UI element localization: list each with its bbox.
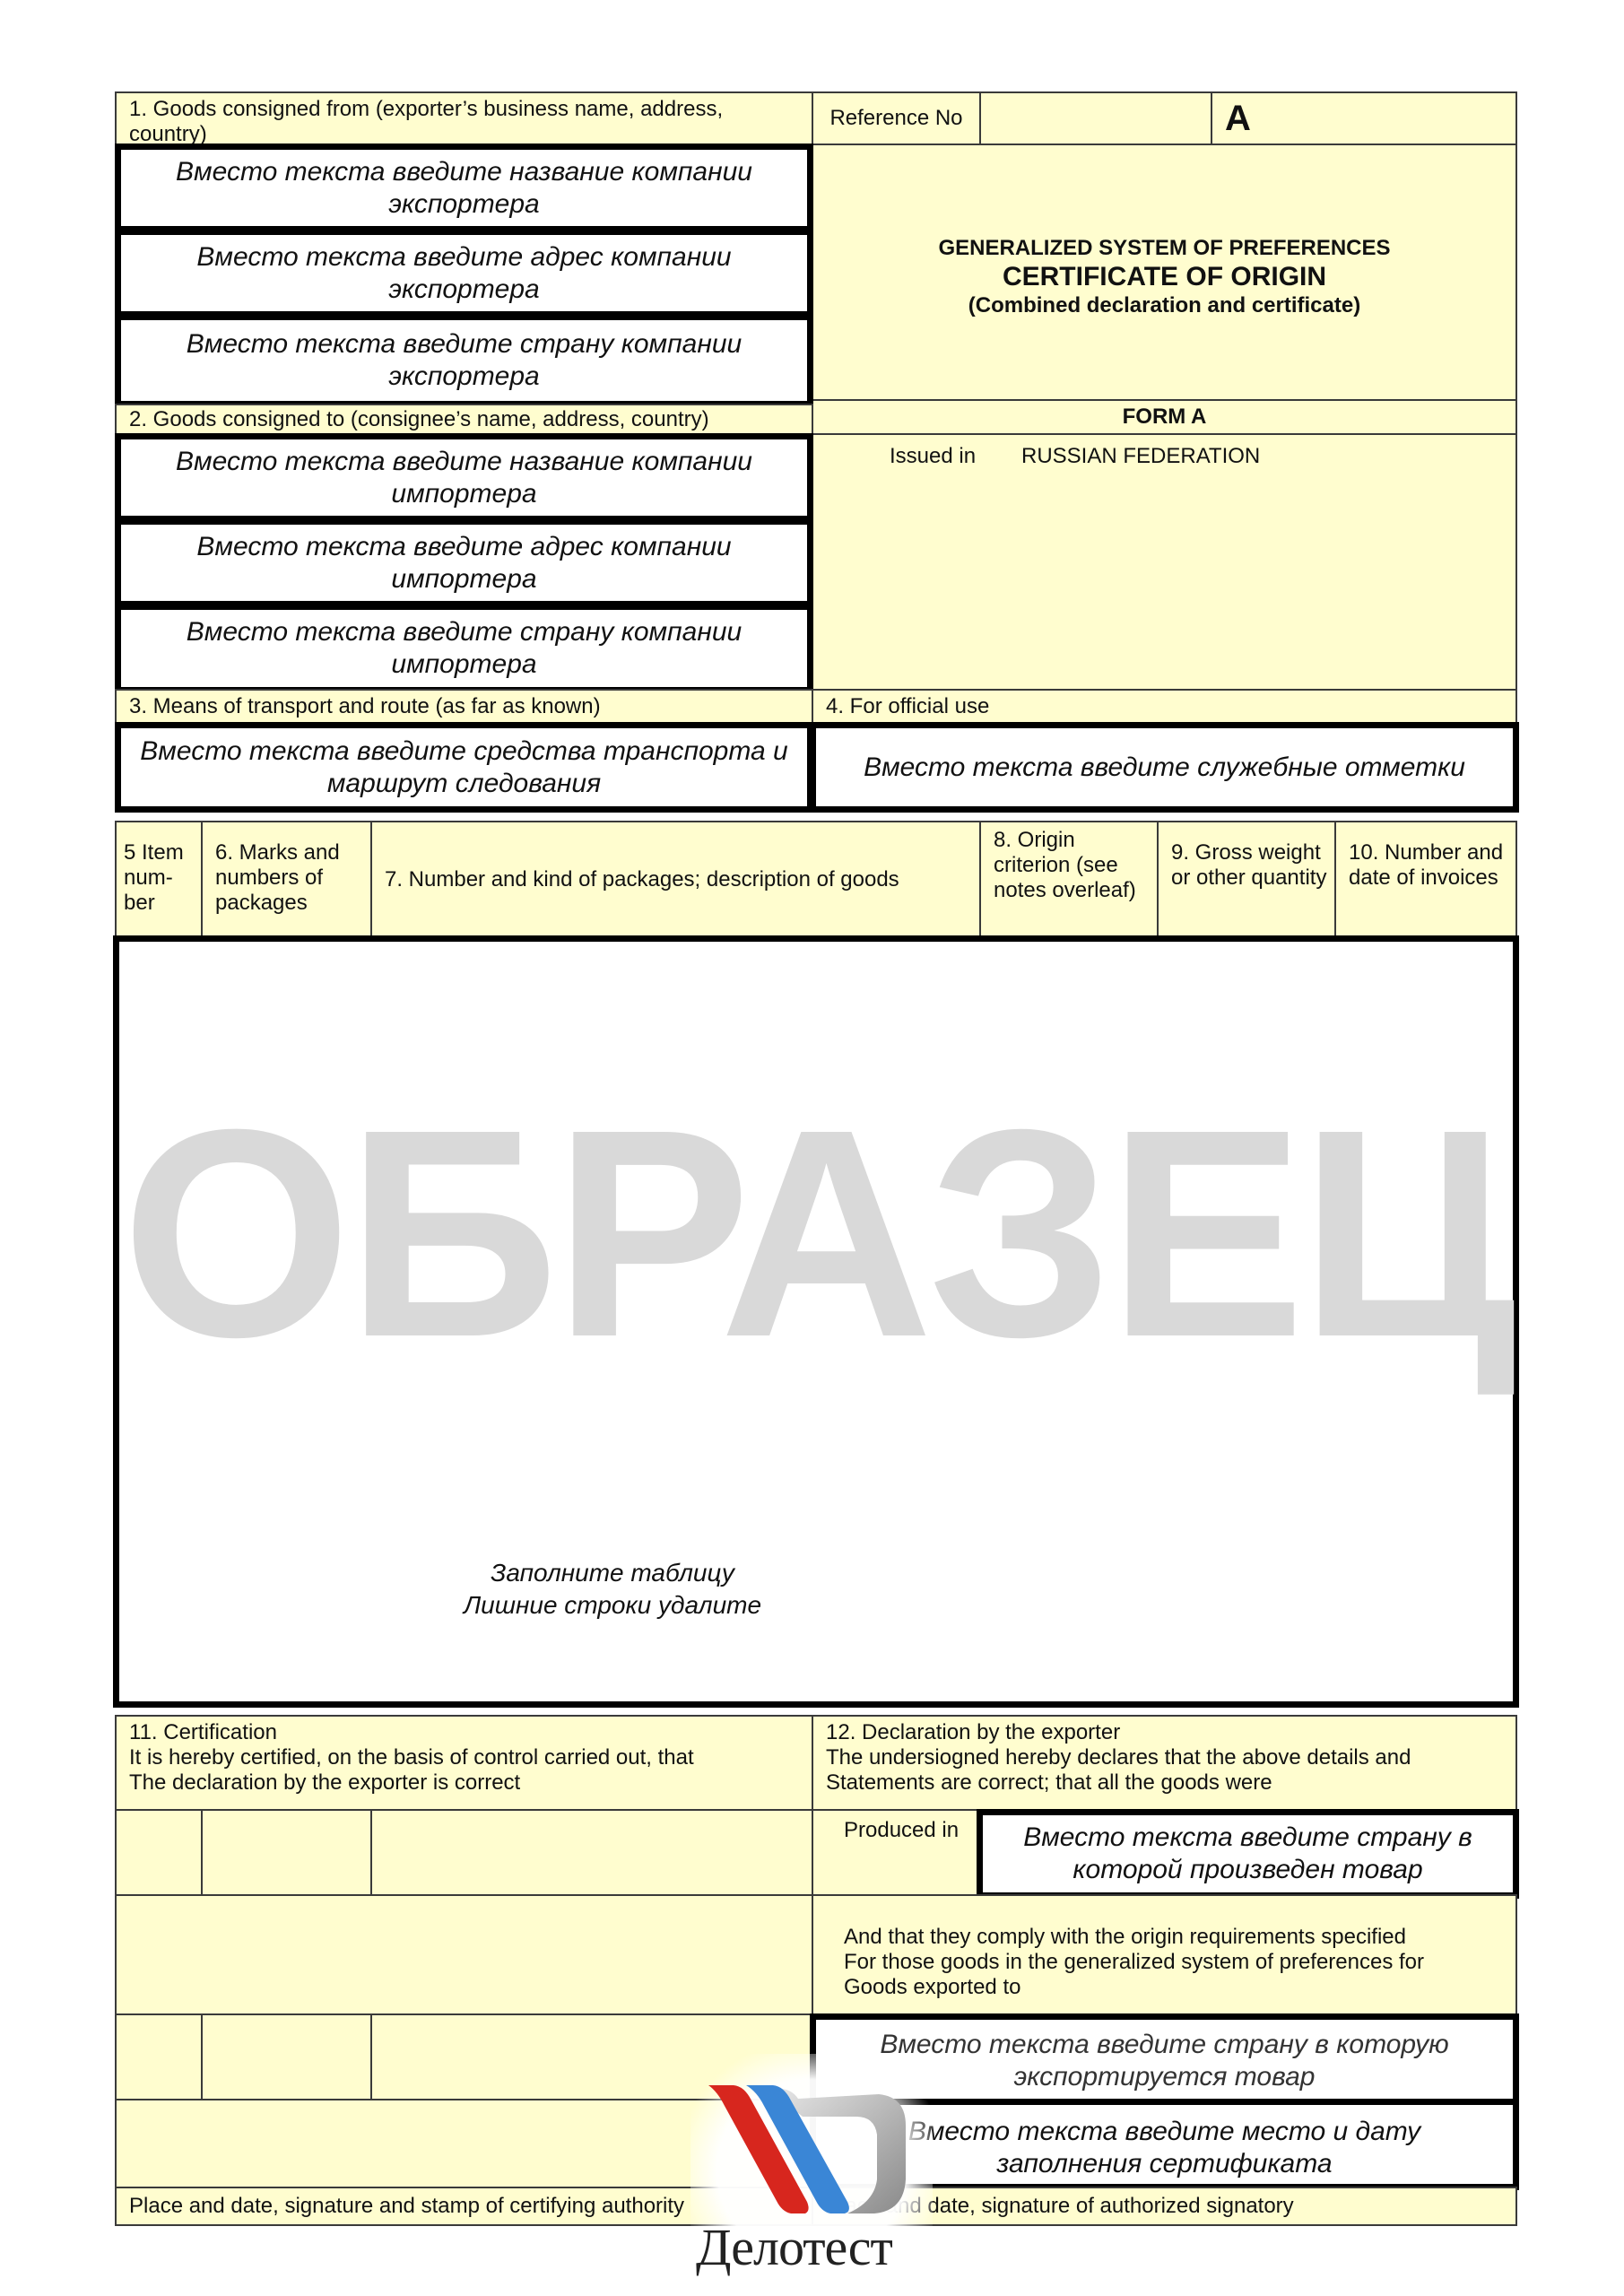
title-subtitle: (Combined declaration and certificate) [813, 292, 1515, 319]
importer-name-field[interactable]: Вместо текста введите название компании … [115, 433, 813, 522]
logo-text: Делотест [696, 2217, 892, 2277]
comply-text-1: And that they comply with the origin req… [844, 1925, 1485, 1950]
section11-text-2: The declaration by the exporter is corre… [129, 1770, 799, 1796]
comply-text-3: Goods exported to [844, 1975, 1485, 2000]
column-header-invoices: 10. Number and date of invoices [1334, 821, 1517, 939]
exporter-country-field[interactable]: Вместо текста введите страну компании эк… [115, 314, 813, 407]
section2-label: 2. Goods consigned to (consignee’s name,… [115, 404, 813, 435]
section11-grid-cell [370, 1809, 813, 1896]
section11-certification: 11. Certification It is hereby certified… [115, 1715, 813, 1811]
column-header-description: 7. Number and kind of packages; descript… [370, 821, 981, 939]
section12-declaration: 12. Declaration by the exporter The unde… [812, 1715, 1517, 1811]
importer-address-field[interactable]: Вместо текста введите адрес компании имп… [115, 518, 813, 607]
comply-text-block: And that they comply with the origin req… [812, 1894, 1517, 2015]
section11-grid-cell [201, 1809, 372, 1896]
reference-number-field[interactable] [979, 91, 1212, 145]
logo-mark-icon [690, 2054, 933, 2224]
table-hint: Заполните таблицу Лишние строки удалите [299, 1557, 926, 1622]
company-logo: Делотест [690, 2054, 933, 2287]
form-letter: A [1211, 91, 1517, 145]
issued-in-block: Issued in RUSSIAN FEDERATION [812, 433, 1517, 691]
section12-text-2: Statements are correct; that all the goo… [826, 1770, 1503, 1796]
table-hint-fill: Заполните таблицу [299, 1557, 926, 1589]
section11-text-1: It is hereby certified, on the basis of … [129, 1745, 799, 1770]
column-header-origin-criterion: 8. Origin criterion (see notes overleaf) [979, 821, 1159, 939]
section1-label: 1. Goods consigned from (exporter’s busi… [115, 91, 813, 145]
form-a-label: FORM A [812, 399, 1517, 435]
certificate-title-block: GENERALIZED SYSTEM OF PREFERENCES CERTIF… [812, 143, 1517, 401]
title-gsp: GENERALIZED SYSTEM OF PREFERENCES [813, 235, 1515, 262]
section12-text-1: The undersiogned hereby declares that th… [826, 1745, 1503, 1770]
section11-stamp-area[interactable] [115, 1894, 813, 2015]
produced-in-label: Produced in [844, 1818, 959, 1843]
importer-country-field[interactable]: Вместо текста введите страну компании им… [115, 604, 813, 693]
produced-in-field[interactable]: Вместо текста введите страну в которой п… [977, 1809, 1519, 1899]
title-certificate: CERTIFICATE OF ORIGIN [813, 262, 1515, 292]
issued-in-country: RUSSIAN FEDERATION [1021, 444, 1260, 469]
section11-title: 11. Certification [129, 1720, 799, 1745]
section11-grid-cell [115, 2013, 203, 2100]
goods-table-body[interactable]: ОБРАЗЕЦ Заполните таблицу Лишние строки … [113, 935, 1519, 1708]
table-hint-delete: Лишние строки удалите [299, 1589, 926, 1622]
issued-in-label: Issued in [890, 444, 976, 469]
official-use-field[interactable]: Вместо текста введите служебные отметки [810, 722, 1519, 813]
comply-text-2: For those goods in the generalized syste… [844, 1950, 1485, 1975]
transport-route-field[interactable]: Вместо текста введите средства транспорт… [115, 722, 813, 813]
exporter-name-field[interactable]: Вместо текста введите название компании … [115, 143, 813, 232]
section3-label: 3. Means of transport and route (as far … [115, 689, 813, 724]
sample-watermark: ОБРАЗЕЦ [119, 1085, 1513, 1381]
section11-grid-cell [201, 2013, 372, 2100]
exporter-address-field[interactable]: Вместо текста введите адрес компании экс… [115, 229, 813, 317]
column-header-gross-weight: 9. Gross weight or other quantity [1157, 821, 1336, 939]
section4-label: 4. For official use [812, 689, 1517, 724]
column-header-marks: 6. Marks and numbers of packages [201, 821, 372, 939]
section12-title: 12. Declaration by the exporter [826, 1720, 1503, 1745]
column-header-item-number: 5 Item num- ber [115, 821, 203, 939]
section11-grid-cell [115, 1809, 203, 1896]
reference-label: Reference No [812, 91, 981, 145]
